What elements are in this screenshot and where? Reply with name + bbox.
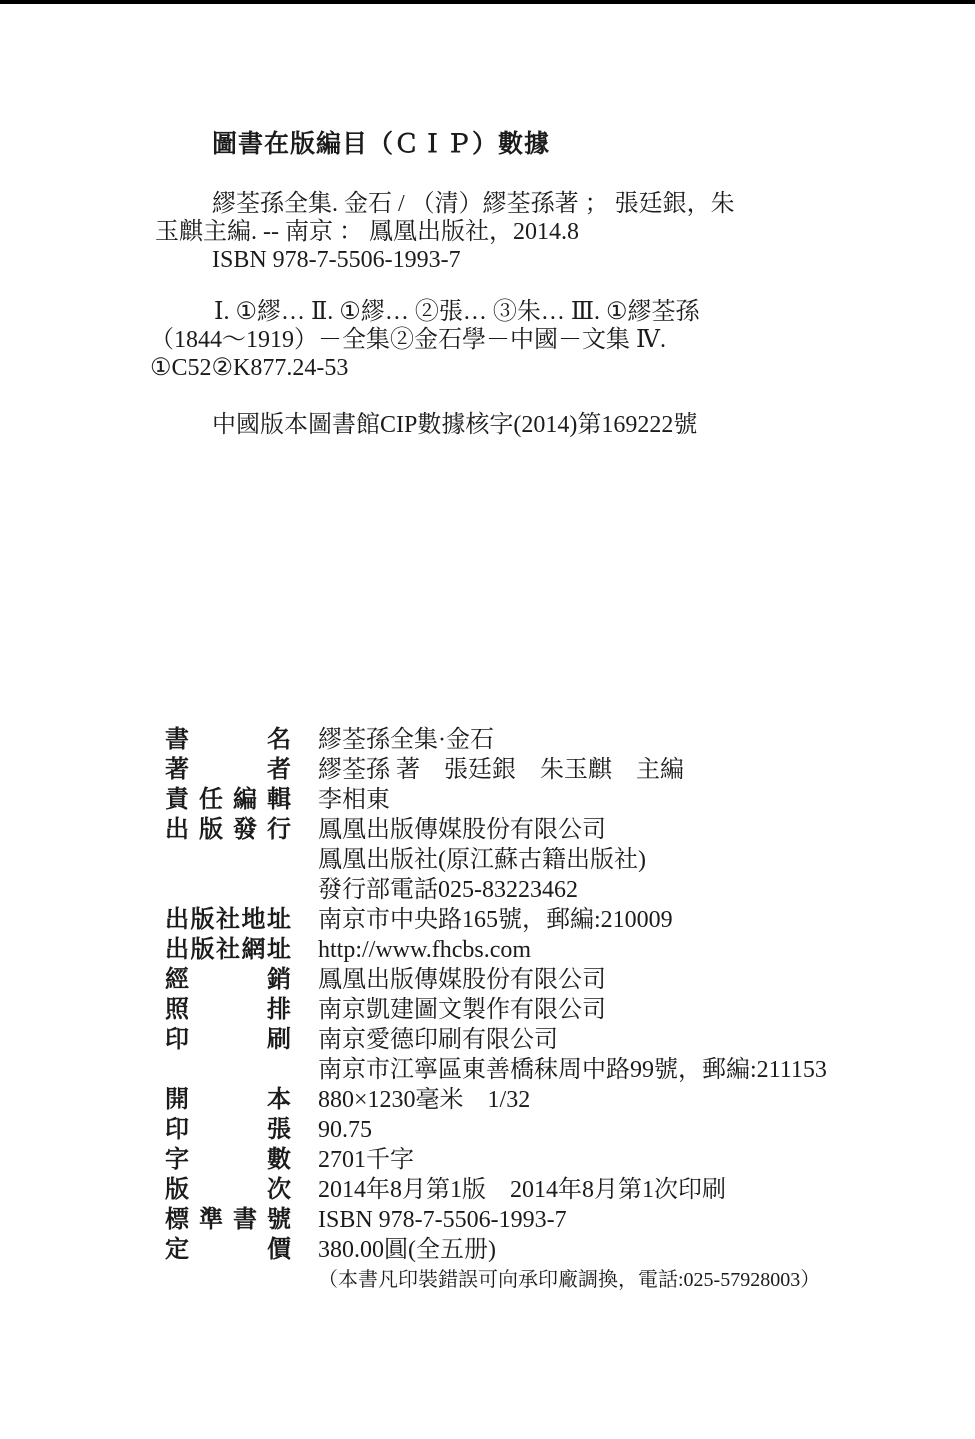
- row-label-word-count: 字數: [165, 1145, 291, 1175]
- row-value-publisher: 鳳凰出版傳媒股份有限公司: [318, 815, 646, 845]
- row-value-publisher-address: 南京市中央路165號，郵編:210009: [318, 905, 673, 935]
- cip-classification-line: ①C52②K877.24-53: [150, 354, 699, 382]
- table-row: 經銷 鳳凰出版傳媒股份有限公司: [165, 965, 827, 995]
- row-label-price: 定價: [165, 1235, 291, 1265]
- row-label-isbn: 標準書號: [165, 1205, 291, 1235]
- row-value-book-title: 繆荃孫全集·金石: [318, 725, 494, 755]
- cip-classification-line: Ⅰ. ①繆… Ⅱ. ①繆… ②張… ③朱… Ⅲ. ①繆荃孫: [150, 298, 699, 326]
- colophon-table: 書名 繆荃孫全集·金石 著者 繆荃孫 著 張廷銀 朱玉麒 主編 責任編輯 李相東…: [165, 725, 827, 1295]
- row-label-publisher: 出版發行: [165, 815, 291, 845]
- row-value-typesetting: 南京凱建圖文製作有限公司: [318, 995, 606, 1025]
- row-label-sheets: 印張: [165, 1115, 291, 1145]
- cip-record-number: 中國版本圖書館CIP數據核字(2014)第169222號: [212, 404, 697, 439]
- row-value-edition: 2014年8月第1版 2014年8月第1次印刷: [318, 1175, 726, 1205]
- row-label-format: 開本: [165, 1085, 291, 1115]
- cip-record-line: 玉麒主編. -- 南京 ： 鳳凰出版社，2014.8: [155, 218, 735, 246]
- row-value-author: 繆荃孫 著 張廷銀 朱玉麒 主編: [318, 755, 684, 785]
- row-value-price: 380.00圓(全五册): [318, 1235, 820, 1265]
- page-top-edge: [0, 0, 975, 4]
- row-label-printer: 印刷: [165, 1025, 291, 1055]
- table-row: 著者 繆荃孫 著 張廷銀 朱玉麒 主編: [165, 755, 827, 785]
- table-row: 出版社地址 南京市中央路165號，郵編:210009: [165, 905, 827, 935]
- table-row: 印張 90.75: [165, 1115, 827, 1145]
- row-value-publisher-phone: 發行部電話025-83223462: [318, 875, 646, 905]
- table-row: 出版社網址 http://www.fhcbs.com: [165, 935, 827, 965]
- row-value-format: 880×1230毫米 1/32: [318, 1085, 530, 1115]
- row-label-author: 著者: [165, 755, 291, 785]
- table-row: 開本 880×1230毫米 1/32: [165, 1085, 827, 1115]
- cip-record-isbn: ISBN 978-7-5506-1993-7: [155, 246, 735, 274]
- cip-record-line: 繆荃孫全集. 金石 / （清）繆荃孫著 ； 張廷銀，朱: [155, 190, 735, 218]
- row-value-printer-address: 南京市江寧區東善橋秣周中路99號，郵編:211153: [318, 1055, 827, 1085]
- row-value-isbn: ISBN 978-7-5506-1993-7: [318, 1205, 567, 1235]
- row-label-editor: 責任編輯: [165, 785, 291, 815]
- row-label-typesetting: 照排: [165, 995, 291, 1025]
- row-value-distributor: 鳳凰出版傳媒股份有限公司: [318, 965, 606, 995]
- row-value-publisher: 鳳凰出版社(原江蘇古籍出版社): [318, 845, 646, 875]
- row-value-word-count: 2701千字: [318, 1145, 414, 1175]
- table-row: 標準書號 ISBN 978-7-5506-1993-7: [165, 1205, 827, 1235]
- row-value-publisher-website: http://www.fhcbs.com: [318, 935, 531, 965]
- table-row: 字數 2701千字: [165, 1145, 827, 1175]
- table-row: 定價 380.00圓(全五册) （本書凡印裝錯誤可向承印廠調換，電話:025-5…: [165, 1235, 827, 1295]
- table-row: 責任編輯 李相東: [165, 785, 827, 815]
- cip-record-block: 繆荃孫全集. 金石 / （清）繆荃孫著 ； 張廷銀，朱 玉麒主編. -- 南京 …: [155, 190, 735, 274]
- cip-classification-line: （1844～1919）－全集②金石學－中國－文集 Ⅳ.: [150, 326, 699, 354]
- table-row: 書名 繆荃孫全集·金石: [165, 725, 827, 755]
- colophon-page: 圖書在版編目（ＣＩＰ）數據 繆荃孫全集. 金石 / （清）繆荃孫著 ； 張廷銀，…: [0, 0, 975, 1439]
- row-value-printer: 南京愛德印刷有限公司: [318, 1025, 827, 1055]
- row-label-book-title: 書名: [165, 725, 291, 755]
- row-label-publisher-address: 出版社地址: [165, 905, 291, 935]
- row-label-distributor: 經銷: [165, 965, 291, 995]
- table-row: 版次 2014年8月第1版 2014年8月第1次印刷: [165, 1175, 827, 1205]
- table-row: 印刷 南京愛德印刷有限公司 南京市江寧區東善橋秣周中路99號，郵編:211153: [165, 1025, 827, 1085]
- row-value-sheets: 90.75: [318, 1115, 372, 1145]
- table-row: 出版發行 鳳凰出版傳媒股份有限公司 鳳凰出版社(原江蘇古籍出版社) 發行部電話0…: [165, 815, 827, 905]
- cip-heading: 圖書在版編目（ＣＩＰ）數據: [212, 124, 550, 160]
- misprint-exchange-note: （本書凡印裝錯誤可向承印廠調換，電話:025-57928003）: [318, 1265, 820, 1295]
- row-label-publisher-website: 出版社網址: [165, 935, 291, 965]
- row-label-edition: 版次: [165, 1175, 291, 1205]
- row-value-editor: 李相東: [318, 785, 390, 815]
- cip-classification-block: Ⅰ. ①繆… Ⅱ. ①繆… ②張… ③朱… Ⅲ. ①繆荃孫 （1844～1919…: [150, 298, 699, 382]
- table-row: 照排 南京凱建圖文製作有限公司: [165, 995, 827, 1025]
